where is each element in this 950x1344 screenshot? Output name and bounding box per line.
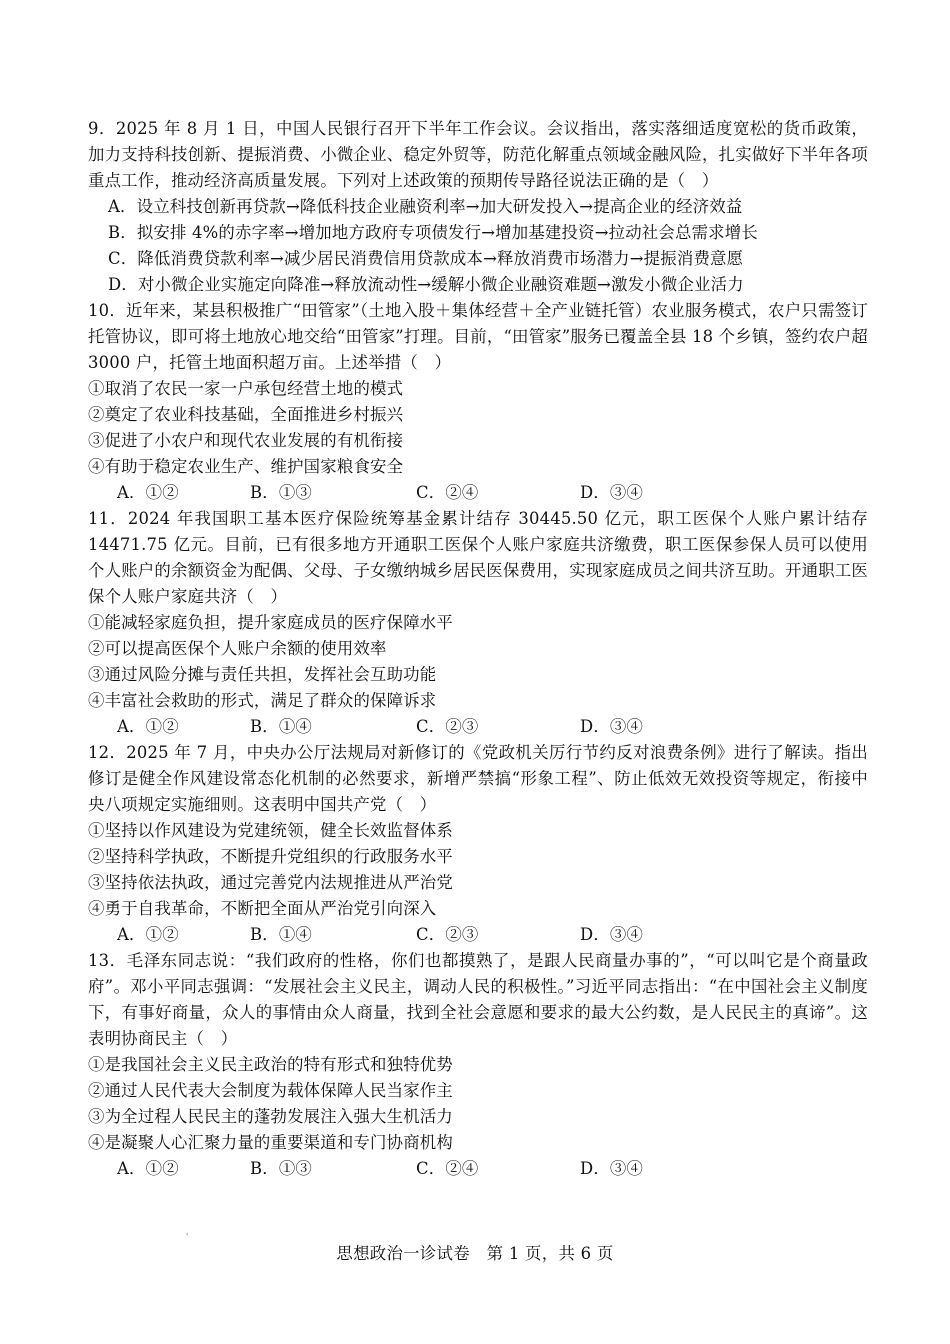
statement-2: ②坚持科学执政，不断提升党组织的行政服务水平 xyxy=(88,844,868,870)
statement-2: ②奠定了农业科技基础，全面推进乡村振兴 xyxy=(88,402,868,428)
option-b: B．①④ xyxy=(250,714,312,740)
option-d: D．③④ xyxy=(580,480,643,506)
question-13: 13．毛泽东同志说：“我们政府的性格，你们也都摸熟了，是跟人民商量办事的”，“可… xyxy=(88,948,868,1182)
option-b: B．①④ xyxy=(250,922,312,948)
answer-options: A．①② B．①③ C．②④ D．③④ xyxy=(88,1156,868,1182)
question-stem: 12．2025 年 7 月，中央办公厅法规局对新修订的《党政机关厉行节约反对浪费… xyxy=(88,740,868,818)
statement-3: ③坚持依法执政，通过完善党内法规推进从严治党 xyxy=(88,870,868,896)
statement-4: ④勇于自我革命，不断把全面从严治党引向深入 xyxy=(88,896,868,922)
statement-4: ④是凝聚人心汇聚力量的重要渠道和专门协商机构 xyxy=(88,1130,868,1156)
option-a: A．①② xyxy=(117,480,179,506)
statement-2: ②通过人民代表大会制度为载体保障人民当家作主 xyxy=(88,1078,868,1104)
question-9: 9．2025 年 8 月 1 日，中国人民银行召开下半年工作会议。会议指出，落实… xyxy=(88,116,868,298)
exam-page-body: 9．2025 年 8 月 1 日，中国人民银行召开下半年工作会议。会议指出，落实… xyxy=(88,116,868,1182)
statement-2: ②可以提高医保个人账户余额的使用效率 xyxy=(88,636,868,662)
question-stem: 13．毛泽东同志说：“我们政府的性格，你们也都摸熟了，是跟人民商量办事的”，“可… xyxy=(88,948,868,1052)
question-12: 12．2025 年 7 月，中央办公厅法规局对新修订的《党政机关厉行节约反对浪费… xyxy=(88,740,868,948)
statement-1: ①能减轻家庭负担，提升家庭成员的医疗保障水平 xyxy=(88,610,868,636)
option-a: A．①② xyxy=(117,1156,179,1182)
option-b: B．①③ xyxy=(250,1156,312,1182)
option-a: A．①② xyxy=(117,922,179,948)
question-stem: 9．2025 年 8 月 1 日，中国人民银行召开下半年工作会议。会议指出，落实… xyxy=(88,116,868,194)
page-footer: 思想政治一诊试卷 第 1 页，共 6 页 xyxy=(0,1241,950,1267)
option-d: D．③④ xyxy=(580,922,643,948)
option-b: B．①③ xyxy=(250,480,312,506)
question-stem: 10．近年来，某县积极推广“田管家”（土地入股＋集体经营＋全产业链托管）农业服务… xyxy=(88,298,868,376)
option-d: D．③④ xyxy=(580,1156,643,1182)
option-a: A．①② xyxy=(117,714,179,740)
statement-3: ③通过风险分摊与责任共担，发挥社会互助功能 xyxy=(88,662,868,688)
choice-c: C．降低消费贷款利率→减少居民消费信用贷款成本→释放消费市场潜力→提振消费意愿 xyxy=(88,246,868,272)
question-stem: 11．2024 年我国职工基本医疗保险统筹基金累计结存 30445.50 亿元，… xyxy=(88,506,868,610)
statement-4: ④有助于稳定农业生产、维护国家粮食安全 xyxy=(88,454,868,480)
option-c: C．②③ xyxy=(416,922,479,948)
statement-1: ①是我国社会主义民主政治的特有形式和独特优势 xyxy=(88,1052,868,1078)
footer-mark: ' xyxy=(186,1232,188,1241)
statement-3: ③为全过程人民民主的蓬勃发展注入强大生机活力 xyxy=(88,1104,868,1130)
option-d: D．③④ xyxy=(580,714,643,740)
question-10: 10．近年来，某县积极推广“田管家”（土地入股＋集体经营＋全产业链托管）农业服务… xyxy=(88,298,868,506)
option-c: C．②④ xyxy=(416,480,479,506)
option-c: C．②④ xyxy=(416,1156,479,1182)
statement-4: ④丰富社会救助的形式，满足了群众的保障诉求 xyxy=(88,688,868,714)
choice-d: D．对小微企业实施定向降准→释放流动性→缓解小微企业融资难题→激发小微企业活力 xyxy=(88,272,868,298)
statement-1: ①取消了农民一家一户承包经营土地的模式 xyxy=(88,376,868,402)
answer-options: A．①② B．①④ C．②③ D．③④ xyxy=(88,714,868,740)
answer-options: A．①② B．①④ C．②③ D．③④ xyxy=(88,922,868,948)
question-11: 11．2024 年我国职工基本医疗保险统筹基金累计结存 30445.50 亿元，… xyxy=(88,506,868,740)
answer-options: A．①② B．①③ C．②④ D．③④ xyxy=(88,480,868,506)
statement-1: ①坚持以作风建设为党建统领，健全长效监督体系 xyxy=(88,818,868,844)
option-c: C．②③ xyxy=(416,714,479,740)
statement-3: ③促进了小农户和现代农业发展的有机衔接 xyxy=(88,428,868,454)
choice-b: B．拟安排 4%的赤字率→增加地方政府专项债发行→增加基建投资→拉动社会总需求增… xyxy=(88,220,868,246)
choice-a: A．设立科技创新再贷款→降低科技企业融资利率→加大研发投入→提高企业的经济效益 xyxy=(88,194,868,220)
